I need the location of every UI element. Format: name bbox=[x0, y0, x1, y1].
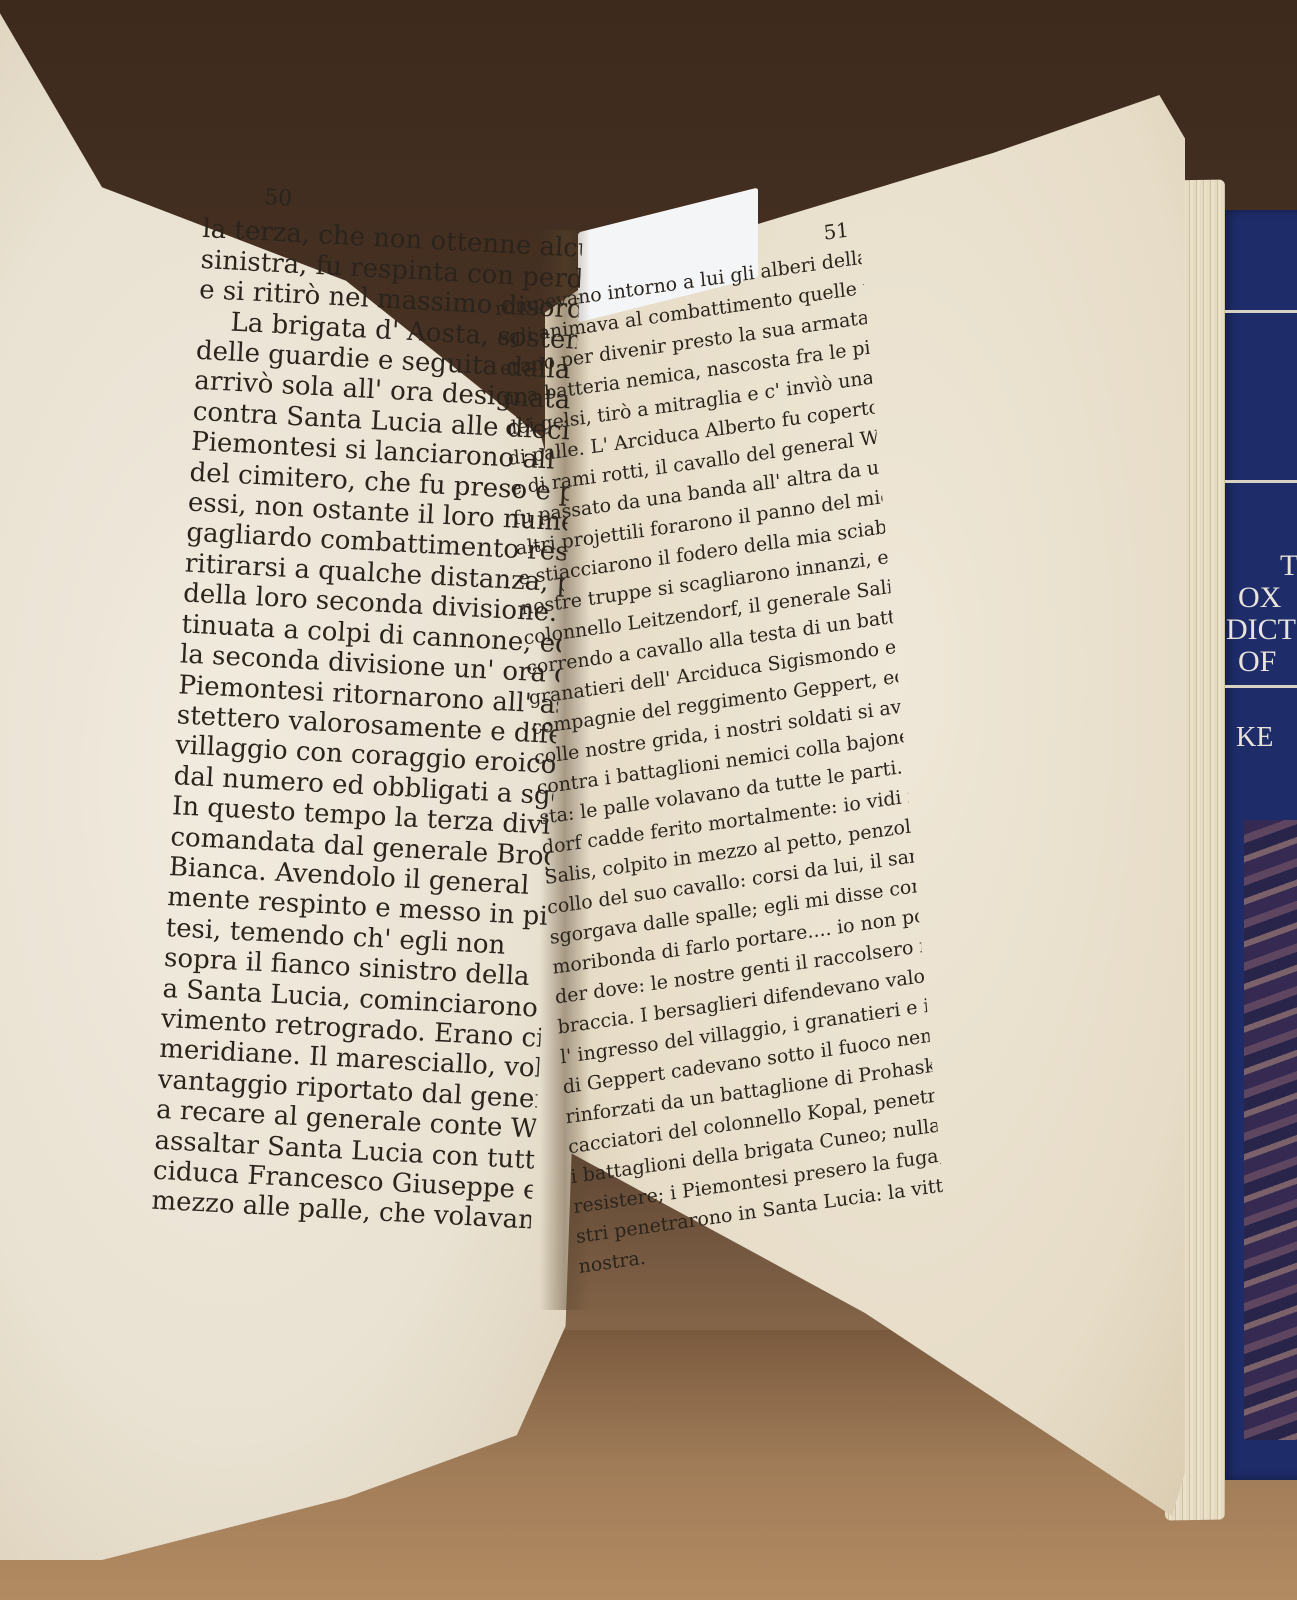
spine-rule bbox=[1222, 685, 1297, 688]
spine-rule bbox=[1222, 480, 1297, 483]
cover-artwork bbox=[1244, 820, 1297, 1440]
dictionary-author: KE bbox=[1236, 722, 1273, 754]
dictionary-title: TOXDICTOF bbox=[1226, 550, 1297, 678]
spine-rule bbox=[1222, 310, 1297, 313]
dictionary-spine: TOXDICTOF KE bbox=[1222, 210, 1297, 1480]
